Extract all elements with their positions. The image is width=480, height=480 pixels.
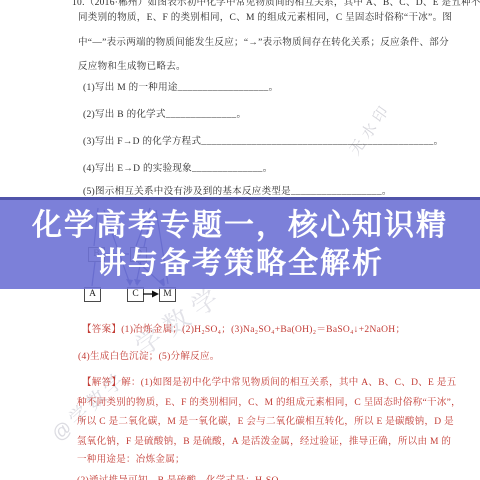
diagram-box-c: C (127, 287, 144, 302)
question-item-4: (4)写出 E→D 的实验现象______________。 (83, 160, 273, 174)
analysis-line-4: 氢氧化钠，F 是硫酸钠，B 是硫酸，A 是活泼金属，经过验证，推导正确，所以由 … (77, 433, 451, 447)
question-intro-line-4: 反应物和生成物已略去。 (78, 58, 186, 72)
question-intro-line-2: 同类别的物质，E、F 的类别相同，C、M 的组成元素相同，C 呈固态时俗称“干冰… (78, 9, 452, 23)
analysis-line-6: (2)通过推导可知，B 是硫酸，化学式是：H₂SO₄ (77, 472, 282, 480)
question-intro-line-1: 10.（2016·郴州）如图表示初中化学中常见物质间的相互关系，其中 A、B、C… (72, 0, 480, 8)
diagram-box-m: M (159, 287, 176, 302)
answer-line-1: 【答案】(1)冶炼金属；(2)H₂SO₄；(3)Na₂SO₄+Ba(OH)₂＝B… (82, 321, 405, 335)
question-item-5: (5)图示相互关系中没有涉及到的基本反应类型是_________________… (83, 183, 392, 197)
diagram-box-a: A (84, 287, 101, 302)
analysis-line-1: 【解答】解：(1)如图是初中化学中常见物质间的相互关系，其中 A、B、C、D、E… (82, 374, 456, 388)
question-item-3: (3)写出 F→D 的化学方程式________________________… (83, 133, 443, 147)
question-item-2: (2)写出 B 的化学式______________。 (83, 106, 246, 120)
answer-line-2: (4)生成白色沉淀；(5)分解反应。 (78, 348, 220, 362)
question-intro-line-3: 中“—”表示两端的物质间能发生反应；“→”表示物质间存在转化关系；反应条件、部分 (78, 34, 449, 48)
arrow-c-to-m-icon (143, 289, 159, 299)
banner-title-line-1: 化学高考专题一，核心知识精 (32, 207, 448, 245)
question-item-1: (1)写出 M 的一种用途__________________。 (83, 79, 278, 93)
title-banner: 化学高考专题一，核心知识精 讲与备考策略全解析 (0, 197, 480, 289)
banner-title-line-2: 讲与备考策略全解析 (96, 245, 384, 283)
analysis-line-2: 种不同类别的物质，E、F 的类别相同，C、M 的组成元素相同，C 呈固态时俗称“… (77, 394, 461, 408)
worksheet-page: 无水印 学数学 @学数学 10.（2016·郴州）如图表示初中化学中常见物质间的… (0, 0, 480, 480)
analysis-line-5: 一种用途是：冶炼金属； (77, 451, 185, 465)
watermark-no-watermark: 无水印 (344, 98, 396, 159)
analysis-line-3: 所以 C 是二氧化碳，M 是一氧化碳，E 会与二氧化碳相互转化，所以 E 是碳酸… (77, 413, 454, 427)
